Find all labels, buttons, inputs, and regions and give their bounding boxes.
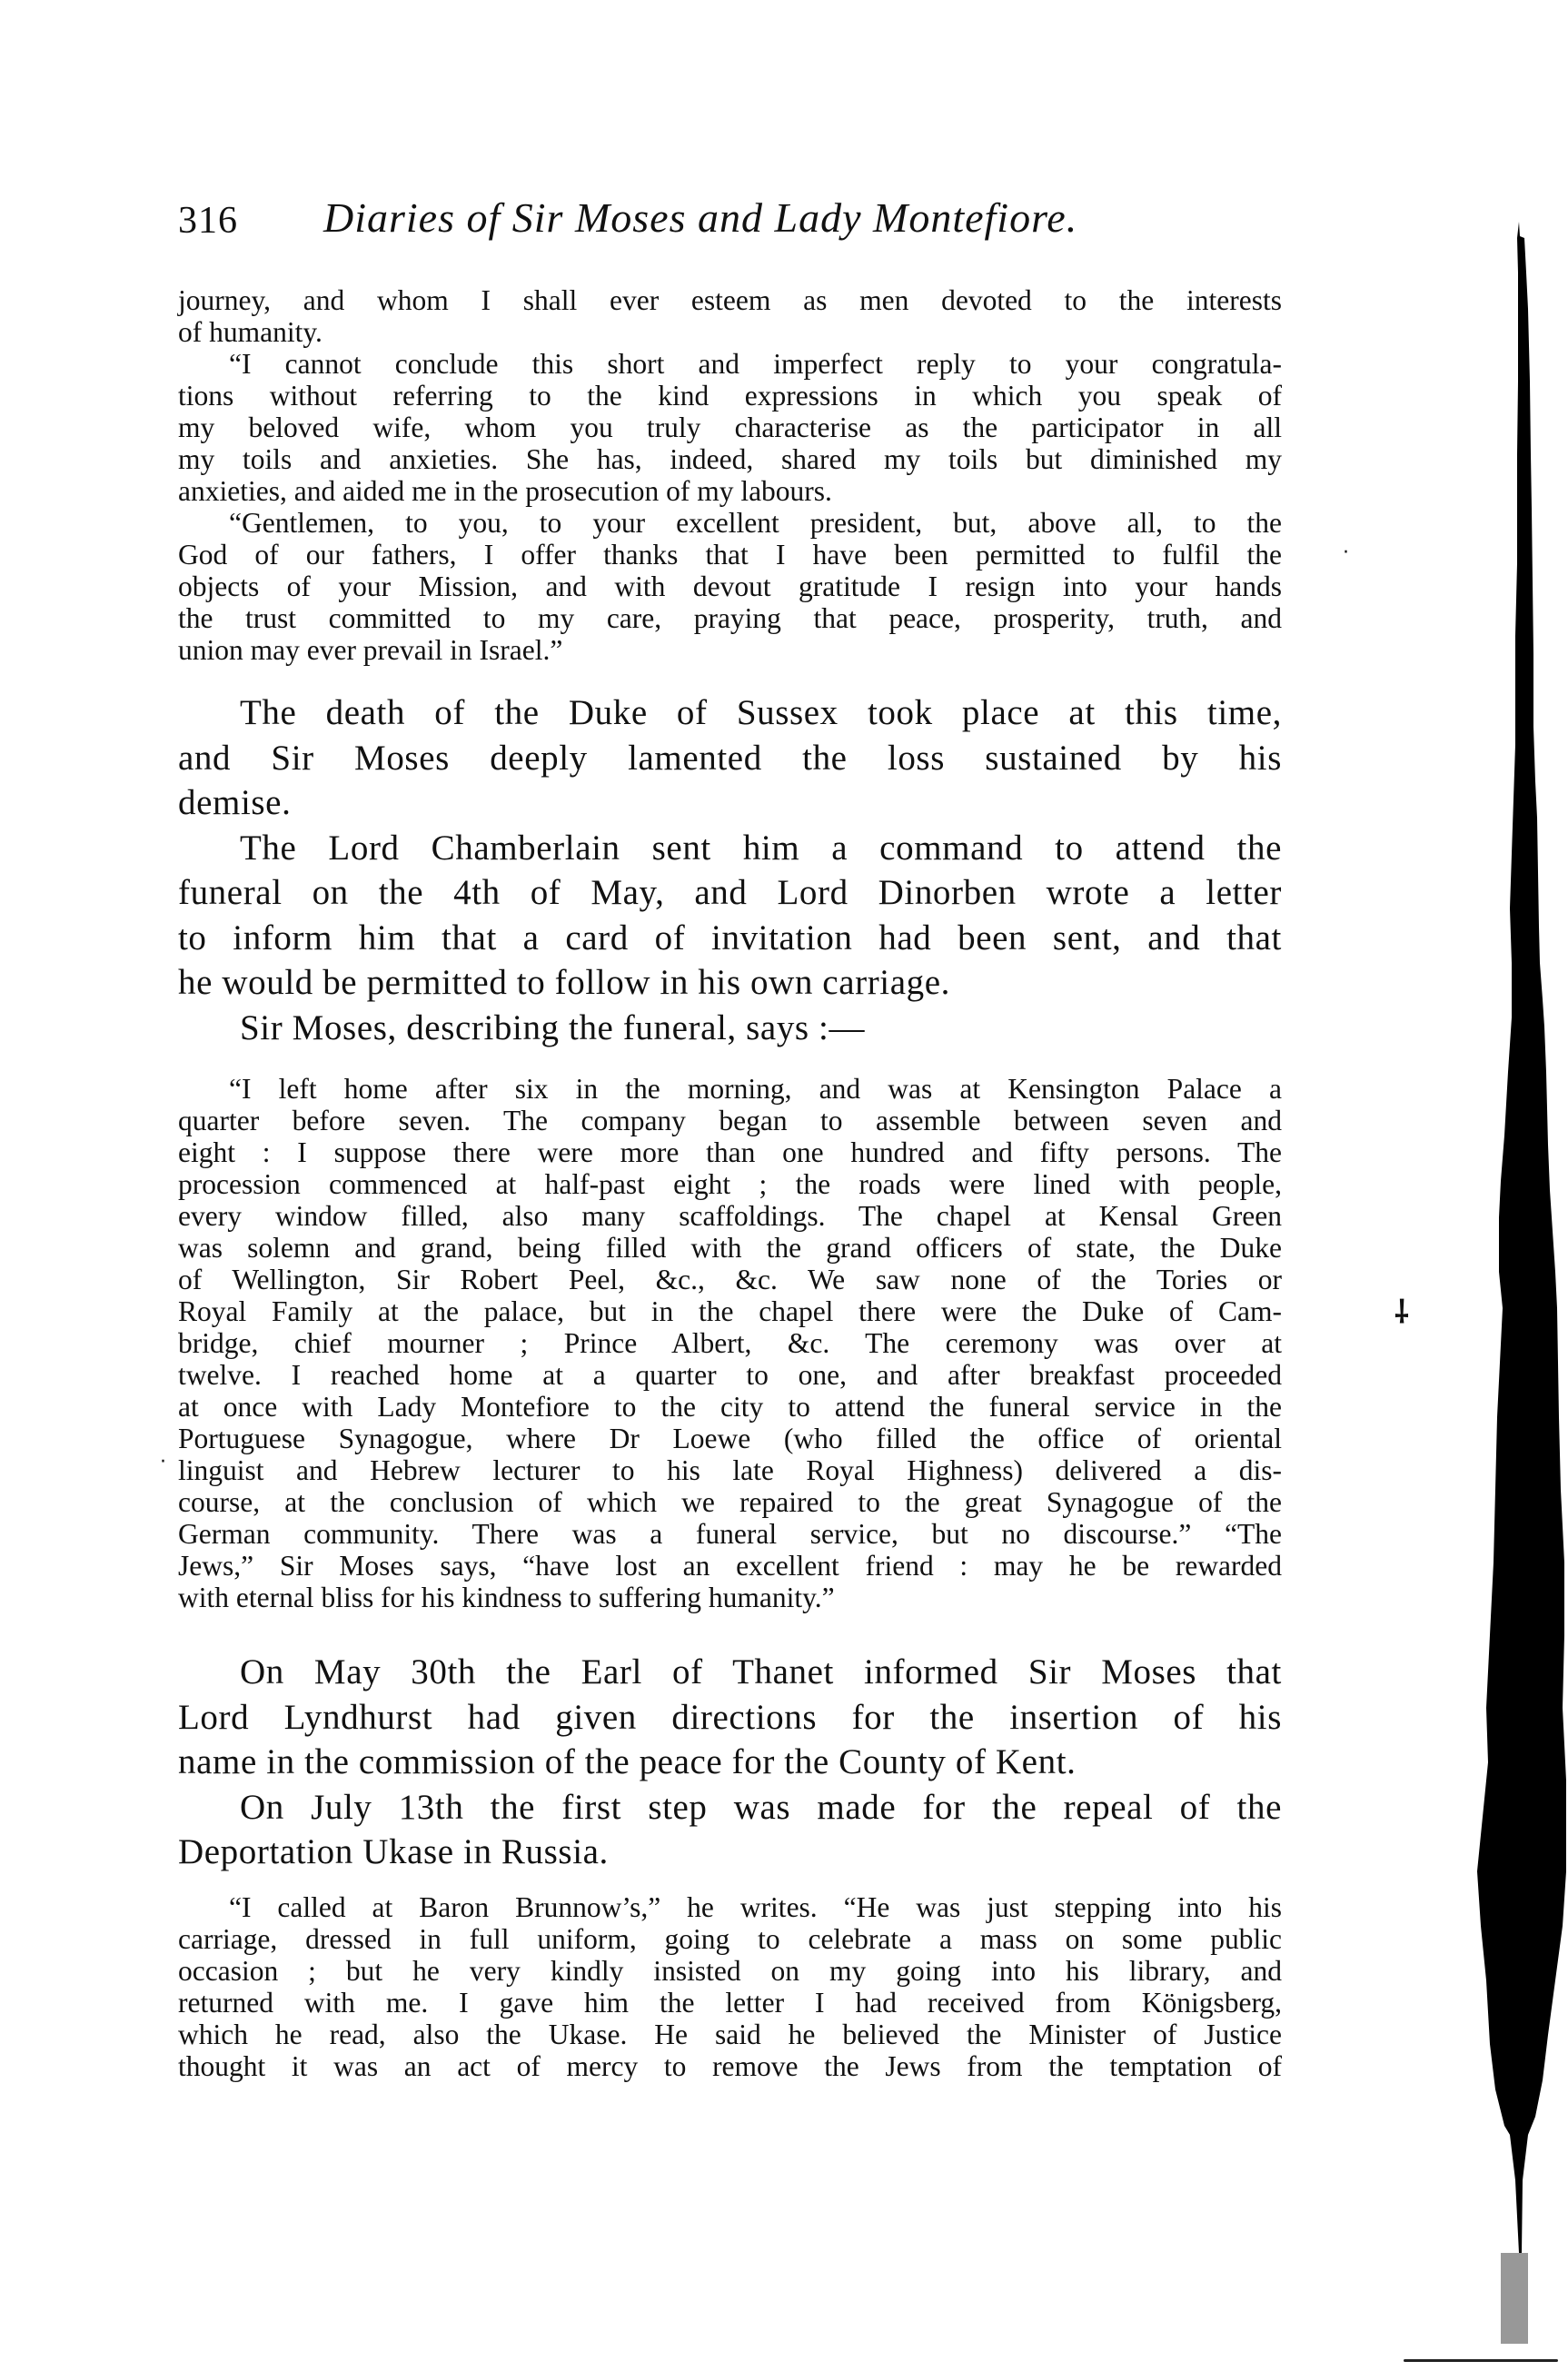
book-page: 316 Diaries of Sir Moses and Lady Montef… <box>0 0 1568 2371</box>
scan-binding-shadow <box>0 0 1568 2371</box>
scan-edge-line <box>1404 2359 1558 2362</box>
